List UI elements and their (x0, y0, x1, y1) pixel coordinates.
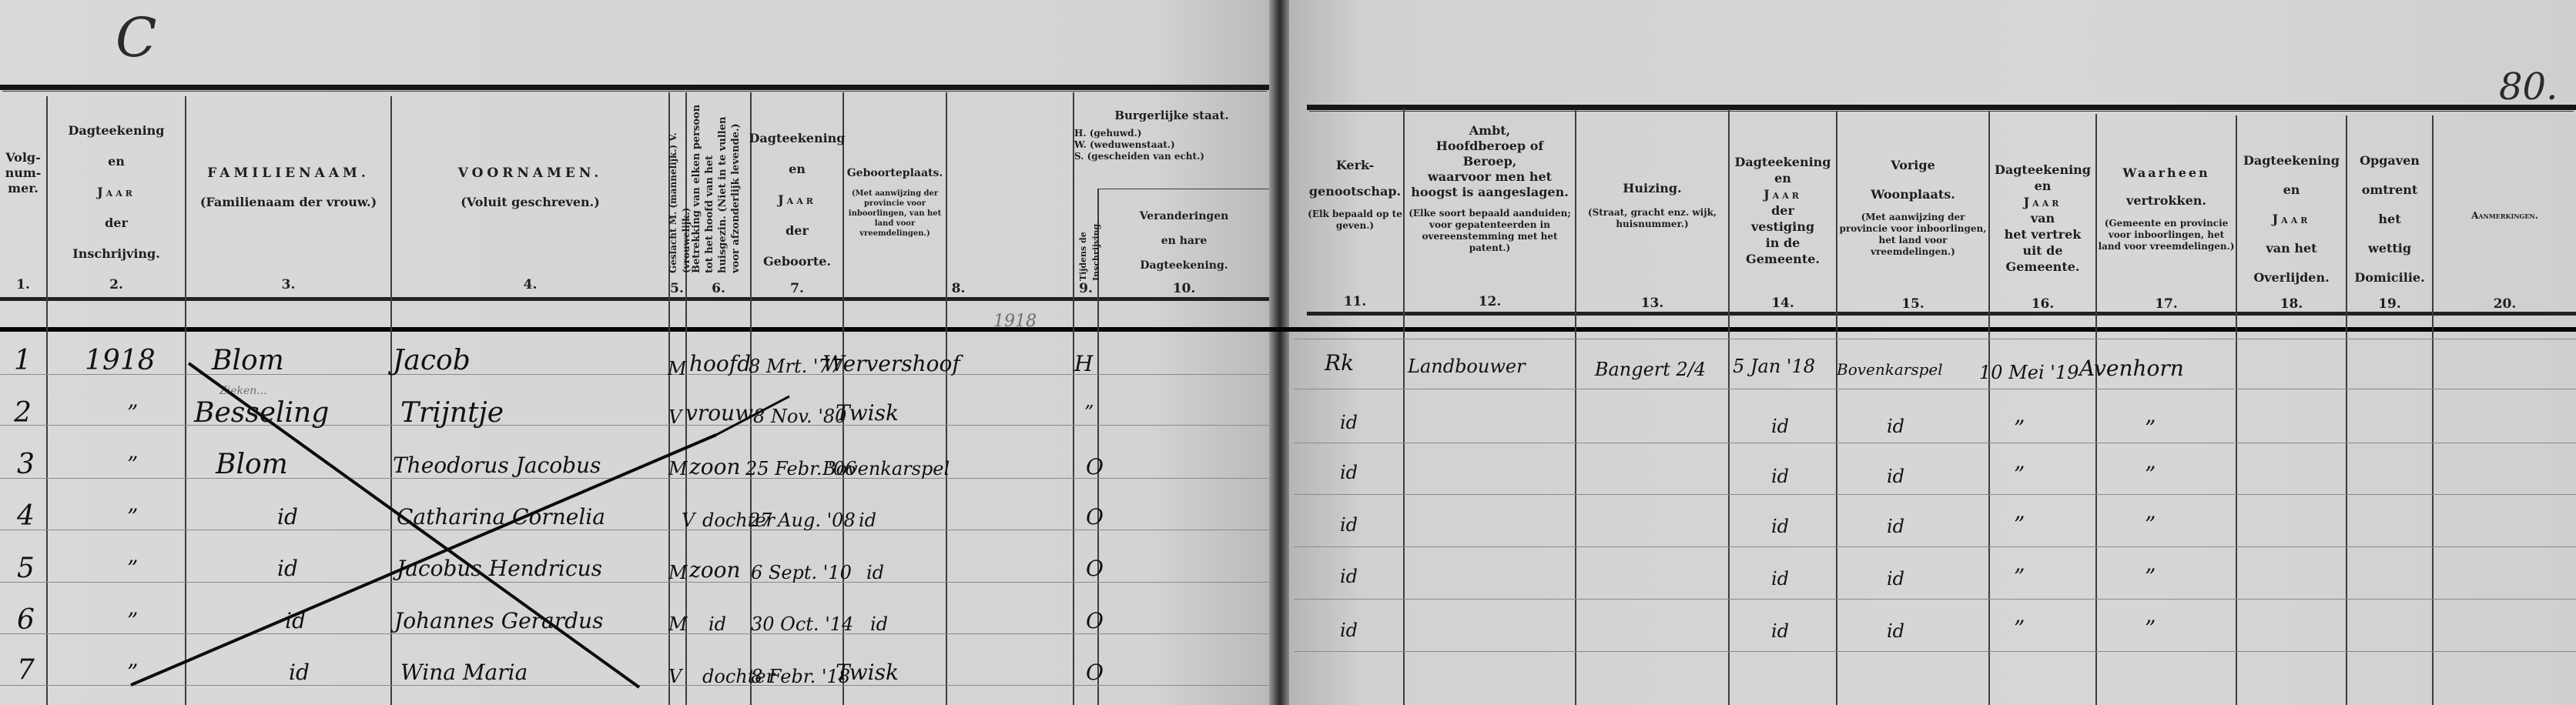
register-spread: C 80. Volg-num-mer. DagteekeningenJaarde… (0, 0, 2576, 705)
col5-header: Geslacht M. (mannelijk.) V. (vrouwelijk.… (667, 108, 693, 273)
col20-header: Aanmerkingen. (2434, 208, 2576, 223)
faint-top-entry: 1918 (993, 312, 1037, 331)
col16-header: DagteekeningenJaarvanhet vertrekuit deGe… (1990, 162, 2095, 275)
col13-header: Huizing. (Straat, gracht enz. wijk, huis… (1576, 181, 1728, 230)
col15-header: VorigeWoonplaats. (Met aanwijzing der pr… (1837, 158, 1988, 258)
book-gutter (1269, 0, 1289, 705)
col11-header: Kerk-genootschap. (Elk bepaald op te gev… (1307, 158, 1403, 232)
col8-header: Geboorteplaats. (Met aanwijzing der prov… (844, 165, 946, 239)
col1-header: Volg-num-mer. (0, 150, 46, 196)
col19-header: OpgavenomtrenthetwettigDomicilie. (2347, 146, 2432, 292)
left-folio: C (116, 6, 157, 69)
col12-header: Ambt,Hoofdberoep ofBeroep,waarvoor men h… (1405, 123, 1575, 254)
col7-header: DagteekeningenJaarderGeboorte. (752, 123, 842, 277)
col4-header: VOORNAMEN. (Voluit geschreven.) (392, 165, 668, 210)
header-top-rule-left (0, 85, 1269, 90)
burgerlijke-staat-header: Burgerlijke staat. H. (gehuwd.) W. (wedu… (1074, 108, 1269, 162)
col3-header: FAMILIENAAM. (Familienaam der vrouw.) (186, 165, 390, 210)
header-top-rule-right (1307, 105, 2576, 110)
col17-header: Waarheenvertrokken. (Gemeente en provinc… (2097, 165, 2236, 252)
col10-header: Veranderingenen hareDagteekening. (1099, 204, 1269, 278)
col14-header: DagteekeningenJaardervestigingin deGemee… (1730, 154, 1836, 267)
col6-header: Betrekking van elken persoon tot het hoo… (690, 104, 747, 273)
right-folio: 80. (2499, 65, 2558, 109)
col2-header: DagteekeningenJaarderInschrijving. (48, 115, 185, 269)
header-bottom-rule-left (0, 297, 1269, 301)
col18-header: DagteekeningenJaarvan hetOverlijden. (2237, 146, 2346, 292)
header-bottom-rule-right (1307, 312, 2576, 316)
entry-start-rule (0, 327, 2576, 332)
